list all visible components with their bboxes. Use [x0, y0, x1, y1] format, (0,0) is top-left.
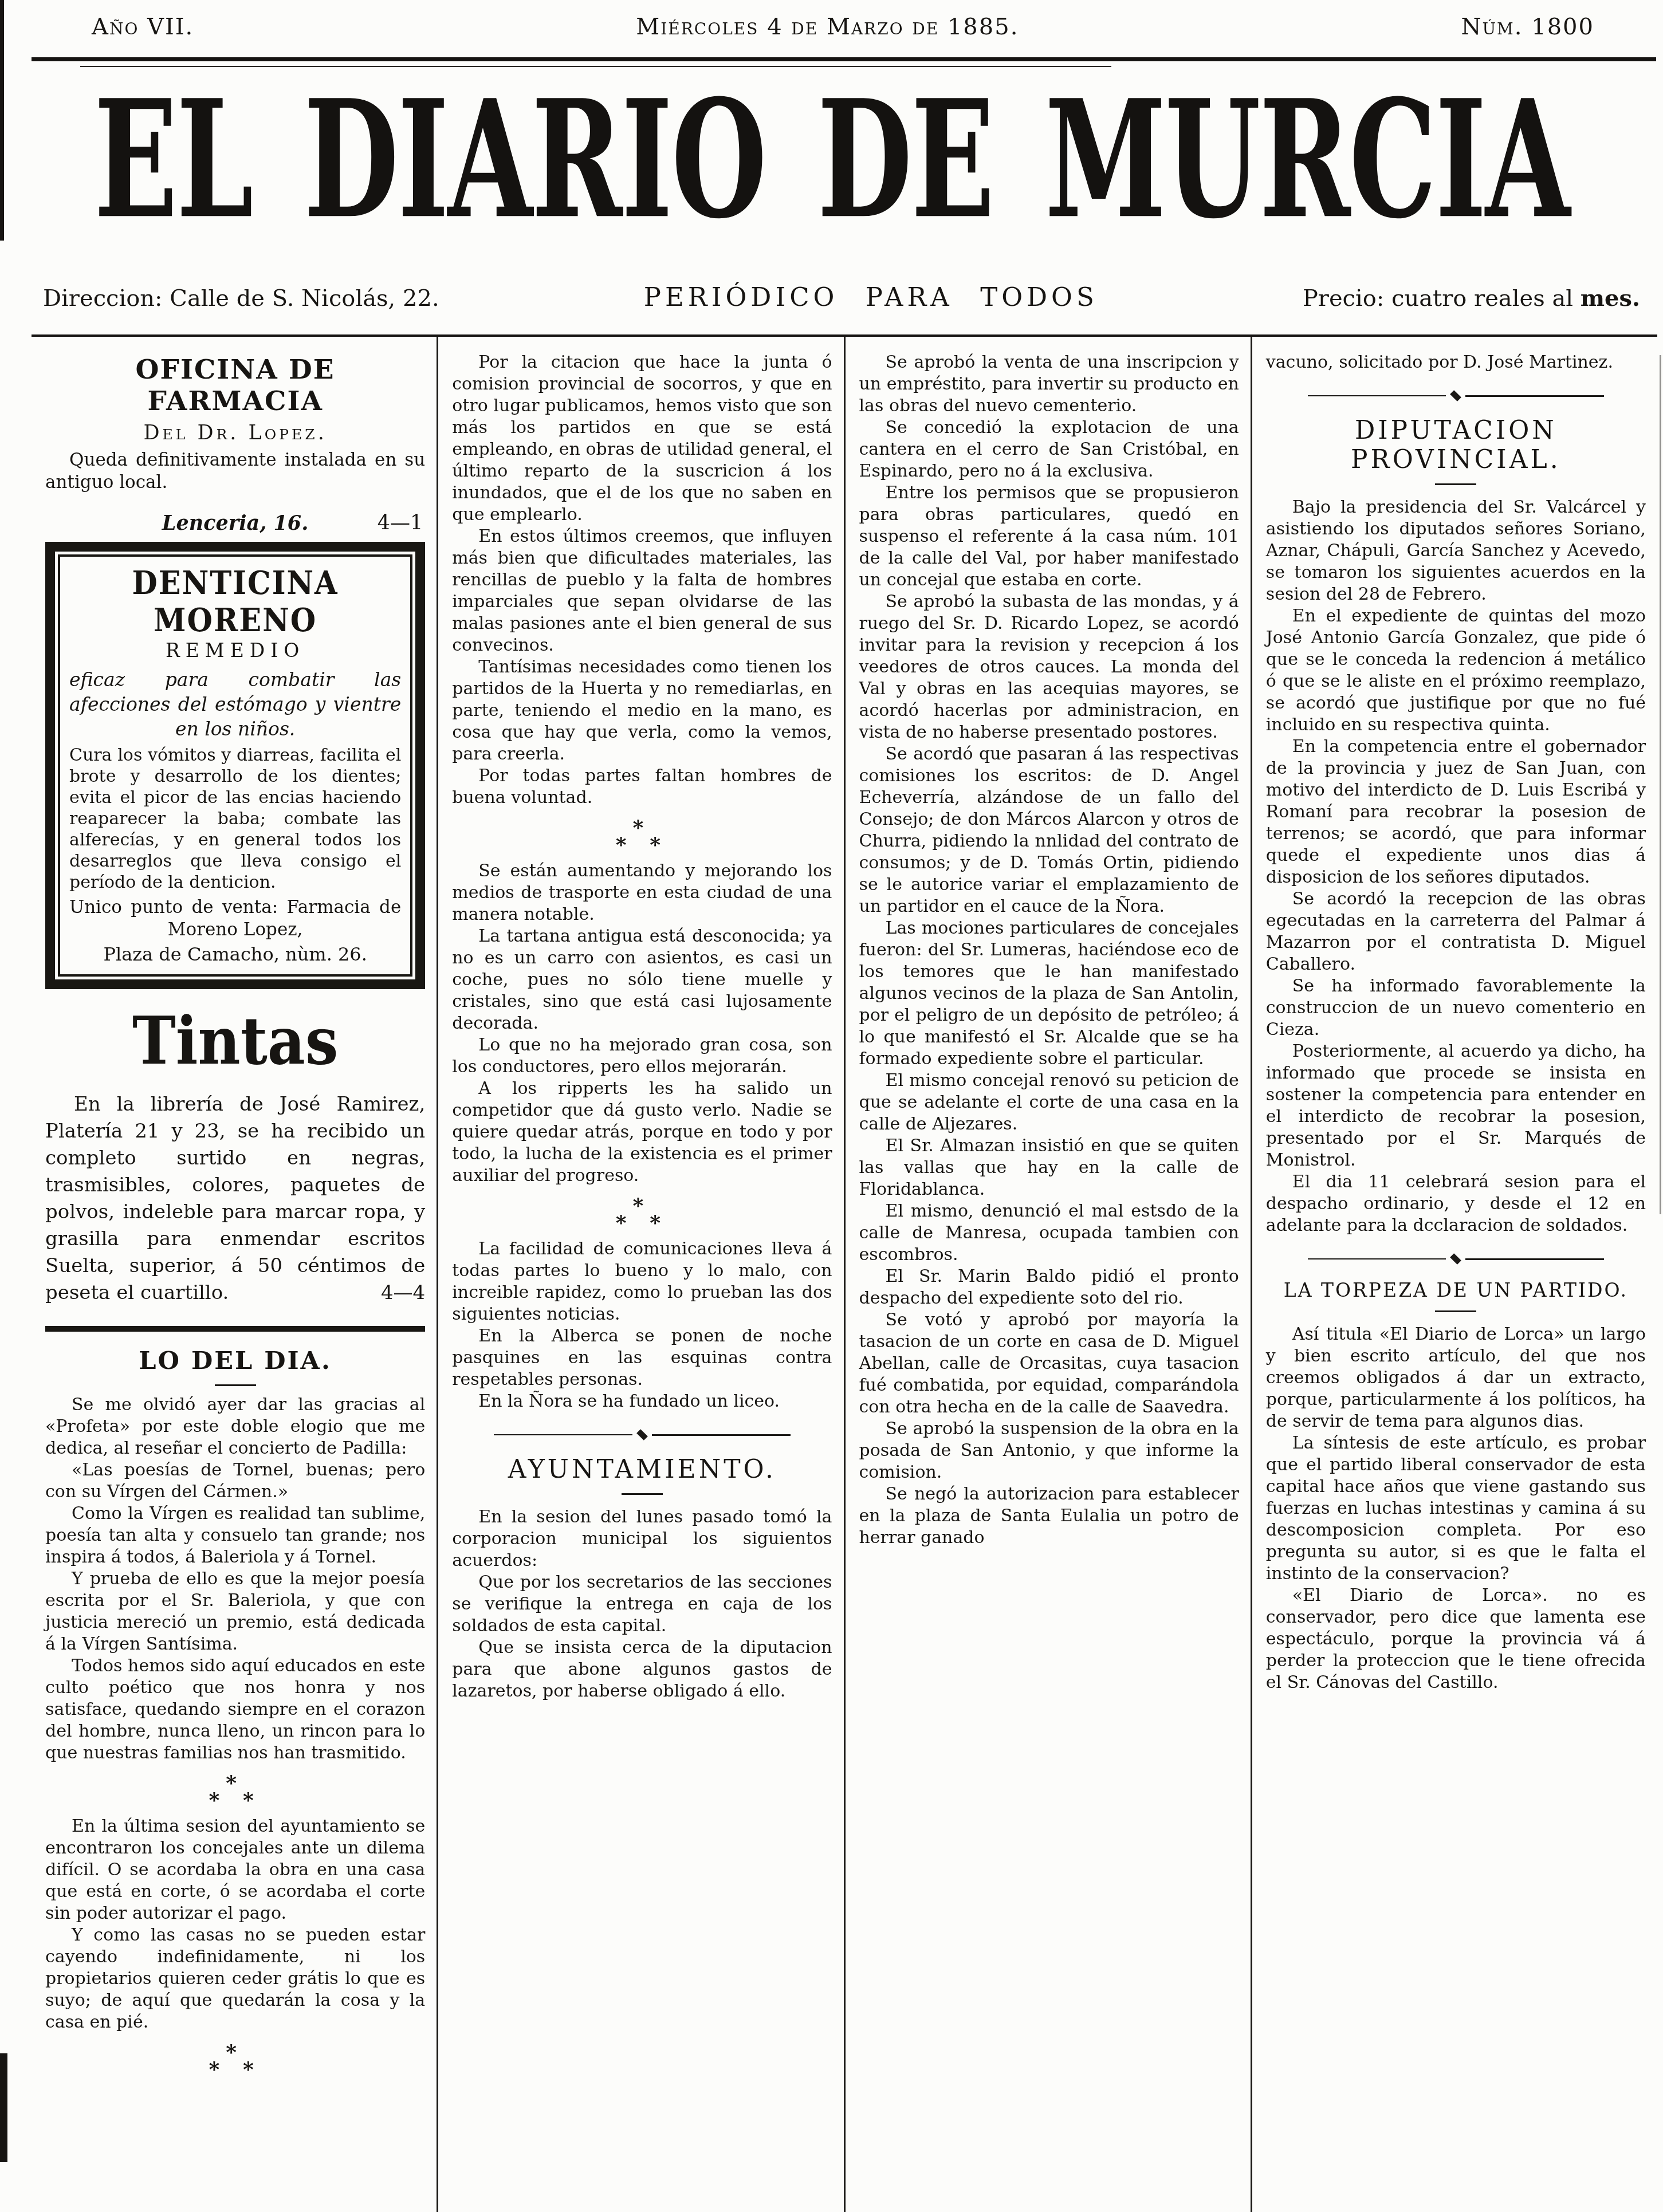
paragraph: Posteriormente, al acuerdo ya dicho, ha …	[1266, 1041, 1646, 1171]
ad-title: Tintas	[45, 1003, 425, 1080]
paragraph: Se aprobó la venta de una inscripcion y …	[859, 352, 1239, 417]
asterism-separator: ** *	[452, 819, 832, 853]
article-lo-del-dia: Se me olvidó ayer dar las gracias al «Pr…	[45, 1394, 425, 2078]
paragraph: El Sr. Almazan insistió en que se quiten…	[859, 1135, 1239, 1201]
section-title: LA TORPEZA DE UN PARTIDO.	[1266, 1279, 1646, 1301]
ad-run-tag: 4—4	[352, 1280, 425, 1306]
ad-lead: eficaz para combatir las afecciones del …	[69, 667, 401, 741]
issue-year: Año VII.	[92, 14, 194, 40]
asterism-separator: ** *	[45, 1774, 425, 1809]
paragraph: Que por los secretarios de las secciones…	[452, 1572, 832, 1637]
paragraph: Y como las casas no se pueden estar caye…	[45, 1924, 425, 2033]
column-4: vacuno, solicitado por D. José Martinez.…	[1252, 337, 1657, 2212]
ornament-line	[652, 1434, 791, 1436]
issue-info-bar: Año VII. Miércoles 4 de Marzo de 1885. N…	[92, 14, 1594, 40]
ad-address: Plaza de Camacho, nùm. 26.	[69, 943, 401, 965]
paragraph: A los ripperts les ha salido un competid…	[452, 1078, 832, 1187]
section-rule	[45, 1326, 425, 1332]
ad-run-tag: 4—1	[378, 511, 423, 534]
paragraph: En el expediente de quintas del mozo Jos…	[1266, 605, 1646, 736]
paragraph: Bajo la presidencia del Sr. Valcárcel y …	[1266, 497, 1646, 605]
paragraph: Se están aumentando y mejorando los medi…	[452, 860, 832, 926]
section-heading: DIPUTACION PROVINCIAL.	[1266, 416, 1646, 485]
paragraph: El mismo, denunció el mal estsdo de la c…	[859, 1201, 1239, 1266]
newspaper-motto: PERIÓDICO PARA TODOS	[644, 282, 1098, 312]
paragraph: El dia 11 celebrará sesion para el despa…	[1266, 1171, 1646, 1237]
scan-edge-artifact	[0, 2053, 7, 2162]
ad-address: Lenceria, 16.	[162, 511, 309, 535]
ad-subtitle: REMEDIO	[69, 639, 401, 662]
column-1: OFICINA DE FARMACIA Del Dr. Lopez. Queda…	[32, 337, 438, 2212]
heading-dash	[215, 1384, 256, 1386]
price-line: Precio: cuatro reales al mes.	[1303, 285, 1640, 312]
column-3: Se aprobó la venta de una inscripcion y …	[846, 337, 1252, 2212]
section-title: AYUNTAMIENTO.	[452, 1455, 832, 1484]
ornament-line	[1308, 395, 1446, 396]
header-rule	[32, 57, 1656, 61]
denticina-ad-box: DENTICINA MORENO REMEDIO eficaz para com…	[45, 542, 425, 989]
ad-body: Cura los vómitos y diarreas, facilita el…	[69, 745, 401, 893]
paragraph: «Las poesías de Tornel, buenas; pero con…	[45, 1459, 425, 1503]
paragraph: En la última sesion del ayuntamiento se …	[45, 1816, 425, 1924]
ad-sale-point: Unico punto de venta: Farmacia de Moreno…	[69, 896, 401, 941]
scan-edge-artifact	[1660, 355, 1661, 1214]
section-heading: AYUNTAMIENTO.	[452, 1455, 832, 1495]
paragraph: En la competencia entre el gobernador de…	[1266, 736, 1646, 888]
newspaper-page: Año VII. Miércoles 4 de Marzo de 1885. N…	[0, 0, 1663, 2212]
paragraph: Que se insista cerca de la diputacion pa…	[452, 1637, 832, 1702]
ornament-line	[494, 1434, 632, 1435]
paragraph: Tantísimas necesidades como tienen los p…	[452, 656, 832, 765]
tintas-ad: Tintas En la librería de José Ramirez, P…	[45, 1003, 425, 1332]
paragraph: Por la citacion que hace la junta ó comi…	[452, 352, 832, 526]
newspaper-title: EL DIARIO DE MURCIA	[94, 64, 1569, 254]
ad-title: OFICINA DE FARMACIA	[45, 354, 425, 417]
paragraph: Por todas partes faltan hombres de buena…	[452, 765, 832, 809]
paragraph: Como la Vírgen es realidad tan sublime, …	[45, 1503, 425, 1568]
paragraph: Se negó la autorizacion para establecer …	[859, 1483, 1239, 1549]
paragraph: «El Diario de Lorca». no es conservador,…	[1266, 1585, 1646, 1694]
subheader-bar: Direccion: Calle de S. Nicolás, 22. PERI…	[43, 282, 1640, 312]
paragraph: El Sr. Marin Baldo pidió el pronto despa…	[859, 1266, 1239, 1309]
section-title: LO DEL DIA.	[45, 1347, 425, 1375]
ad-body: Queda definitivamente instalada en su an…	[45, 449, 425, 494]
section-title: DIPUTACION PROVINCIAL.	[1266, 416, 1646, 474]
heading-dash	[622, 1493, 663, 1495]
section-heading: LA TORPEZA DE UN PARTIDO.	[1266, 1279, 1646, 1312]
issue-date: Miércoles 4 de Marzo de 1885.	[636, 14, 1019, 40]
address-line: Direccion: Calle de S. Nicolás, 22.	[43, 285, 439, 312]
column-2: Por la citacion que hace la junta ó comi…	[438, 337, 845, 2212]
paragraph: En la sesion del lunes pasado tomó la co…	[452, 1506, 832, 1572]
ornament-diamond-icon	[636, 1429, 648, 1440]
ad-body: En la librería de José Ramirez, Platería…	[45, 1091, 425, 1306]
paragraph: Y prueba de ello es que la mejor poesía …	[45, 1568, 425, 1655]
denticina-ad-inner: DENTICINA MORENO REMEDIO eficaz para com…	[58, 554, 412, 977]
paragraph: Se aprobó la suspension de la obra en la…	[859, 1418, 1239, 1483]
ornament-divider	[1308, 1254, 1604, 1264]
heading-dash	[1435, 483, 1476, 485]
paragraph: Se votó y aprobó por mayoría la tasacion…	[859, 1309, 1239, 1418]
heading-dash	[1435, 1310, 1476, 1312]
pharmacy-ad: OFICINA DE FARMACIA Del Dr. Lopez. Queda…	[45, 354, 425, 535]
ad-subtitle: Del Dr. Lopez.	[45, 422, 425, 444]
paragraph: Entre los permisos que se propusieron pa…	[859, 482, 1239, 591]
paragraph: Todos hemos sido aquí educados en este c…	[45, 1655, 425, 1764]
paragraph: Las mociones particulares de concejales …	[859, 918, 1239, 1070]
paragraph: La tartana antigua está desconocida; ya …	[452, 926, 832, 1034]
ad-address-row: Lenceria, 16. 4—1	[45, 511, 425, 535]
ornament-diamond-icon	[1450, 1253, 1462, 1265]
paragraph: Se acordó la recepcion de las obras egec…	[1266, 888, 1646, 975]
paragraph: Se concedió la explotacion de una canter…	[859, 417, 1239, 482]
paragraph: Se aprobó la subasta de las mondas, y á …	[859, 591, 1239, 743]
paragraph: Lo que no ha mejorado gran cosa, son los…	[452, 1034, 832, 1078]
paragraph: En la Ñora se ha fundado un liceo.	[452, 1391, 832, 1412]
paragraph: Se me olvidó ayer dar las gracias al «Pr…	[45, 1394, 425, 1459]
ornament-line	[1465, 1258, 1604, 1260]
ornament-diamond-icon	[1450, 390, 1462, 402]
masthead: EL DIARIO DE MURCIA	[0, 64, 1663, 195]
section-heading: LO DEL DIA.	[45, 1347, 425, 1386]
asterism-separator: ** *	[45, 2044, 425, 2078]
ad-title: DENTICINA MORENO	[69, 565, 401, 639]
ornament-divider	[1308, 391, 1604, 401]
paragraph: En la Alberca se ponen de noche pasquine…	[452, 1325, 832, 1391]
asterism-separator: ** *	[452, 1197, 832, 1231]
paragraph: En estos últimos creemos, que influyen m…	[452, 526, 832, 656]
paragraph: Así titula «El Diario de Lorca» un largo…	[1266, 1324, 1646, 1432]
ornament-divider	[494, 1430, 790, 1440]
paragraph: La síntesis de este artículo, es probar …	[1266, 1432, 1646, 1585]
paragraph: vacuno, solicitado por D. José Martinez.	[1266, 352, 1646, 373]
issue-number: Núm. 1800	[1461, 14, 1594, 40]
ornament-line	[1465, 395, 1604, 397]
body-columns: OFICINA DE FARMACIA Del Dr. Lopez. Queda…	[32, 337, 1657, 2212]
paragraph: La facilidad de comunicaciones lleva á t…	[452, 1238, 832, 1325]
paragraph: Se ha informado favorablemente la constr…	[1266, 975, 1646, 1041]
ornament-line	[1308, 1258, 1446, 1259]
paragraph: El mismo concejal renovó su peticion de …	[859, 1070, 1239, 1135]
paragraph: Se acordó que pasaran á las respectivas …	[859, 743, 1239, 918]
